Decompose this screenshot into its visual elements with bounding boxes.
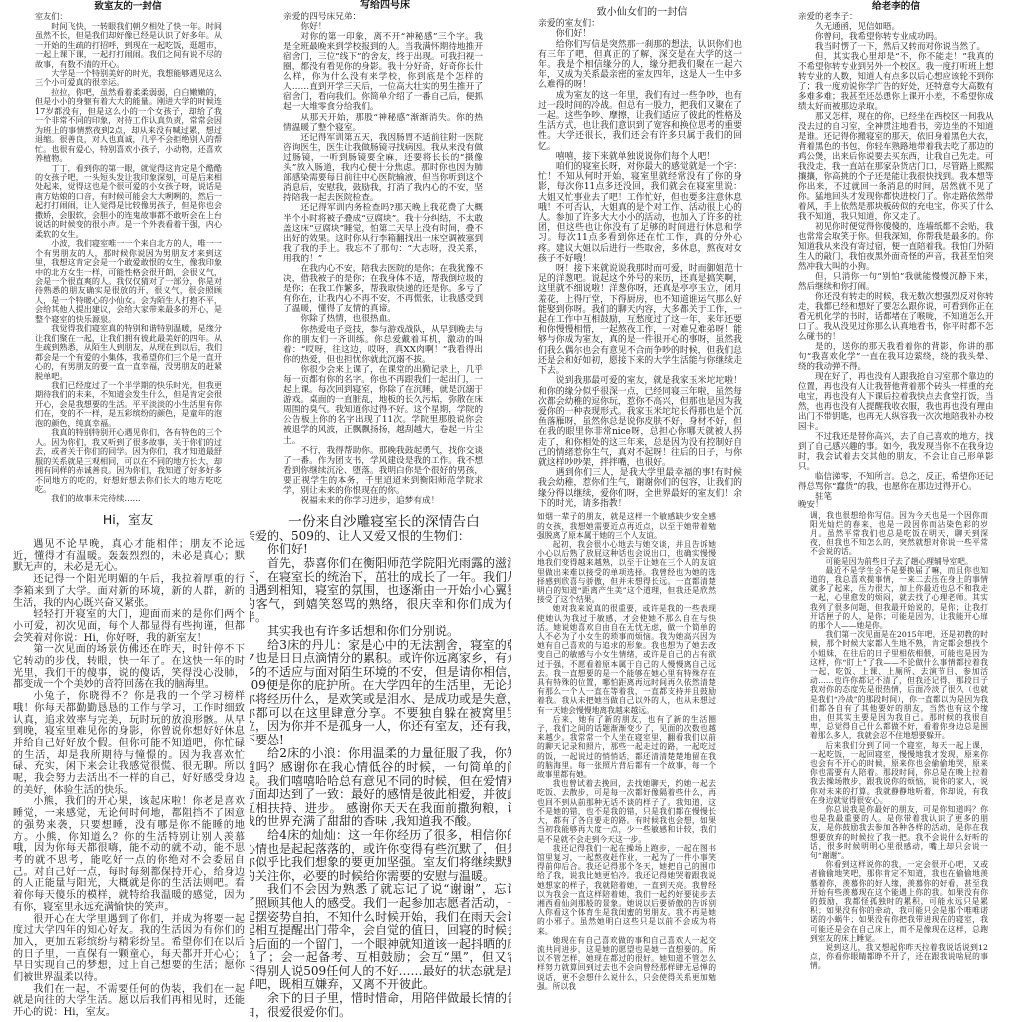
paragraph: 给4床的灿灿：这一年你经历了很多，相信你的心情也是起起落落的，或许你变得有些沉默… [250, 829, 511, 883]
paragraph: 我们已经度过了一个半学期的快乐时光，但我更期待我们的未来，不知道会发生什么，但是… [35, 381, 222, 428]
paragraph: 我当时愣了一下，然后又转而对你说当然了。 [798, 42, 994, 52]
paragraph: 我真的特别特别开心遇见你们，各有特色的三个人。因为你们，我又听到了很多故事，关于… [35, 428, 222, 494]
paragraph: 后来我们分到了同一个寝室，每天一起上课，一起吃饭，一起回寝室，慢慢地我才发现，原… [810, 741, 988, 805]
paragraph: 你曾问，我希望你转专业成功吗。 [798, 32, 994, 42]
letter-dorm-leader-confession: 一份来自沙雕寝室长的深情告白 亲爱的、509的、让人又爱又恨的生物们： 你们好!… [250, 510, 511, 1022]
salutation: 亲爱的老李子： [798, 12, 994, 22]
paragraph: 你除了热情，也很热血。 [283, 314, 483, 324]
paragraph: 起初，我会很小心地去与她交谈，并且告诉她小心以后熟了放屁这种话也会说出口，也确实… [537, 540, 716, 604]
paragraph: 你好！ [283, 22, 483, 32]
paragraph: 还记得军训内务检查吗?那天晚上我花费了大概半个小时将被子叠成“豆腐块”。我十分纠… [283, 203, 483, 264]
paragraph: 不行，我得帮助你。那晚我鼓起勇气，找你交谈了一番。作为团支书，学风建设是我的工作… [283, 446, 483, 496]
paragraph: 嘻嘻，接下来就单独说说你们每个人吧！ [538, 152, 742, 162]
paragraph: 临信涕零，不知所言。总之，反正，希望你还记得总骂你“蠢货”的我，也愿你在那边过得… [798, 472, 994, 492]
paragraph: 初见你时便觉得你傻傻的，连墙纸都不会贴，我也常常会取笑于你。但我深知，你帮我是最… [798, 222, 994, 272]
paragraph: 首先，恭喜你们在衡阳师范学院阳光雨露的滋润下，在寝室长的统治下，茁壮的成长了一年… [250, 557, 511, 625]
paragraph: 我们在一起，不需要任何的伪装，我们在一起就是向往的大学生活。愿以后我们再相见时，… [13, 984, 245, 1019]
paragraph: 拉拉，你吧，虽然看着柔柔弱弱，白白嫩嫩的，但是小小的身躯有着大大的能量。刚进大学… [35, 88, 222, 164]
paragraph: 说到这儿，我又想起你昨天拉着我说话说到12点，你看你眼睛都睁不开了，还在跟我说啥… [810, 943, 988, 971]
letter-title: 致室友的一封信 [94, 1, 161, 13]
paragraph: 对你的第一印象，离不开“神秘感”三个字。我是全班最晚来到学校报到的人。当我满怀期… [283, 32, 483, 113]
paragraph: 不过我还是替你高兴，去了自己喜欢的地方，找到了自己感兴趣的事。如今，我发现当你不… [798, 432, 994, 472]
letter-to-bed-four: 写给四号床 亲爱的四号床兄弟： 你好！ 对你的第一印象，离不开“神秘感”三个字。… [250, 0, 511, 510]
paragraph: 小熊，我们的开心果，该起床啦！你老是喜欢睡觉，一来感觉，无论何时何地，都阻挡不了… [13, 796, 245, 913]
paragraph: 给你们写信是突然那一刹那的想法，认识你们也有三年了吧，但真正的了解，深交是在大学… [538, 40, 742, 91]
paragraph: 是的，送你的那天我看着你的背影，你讲的那句“我喜欢化学”一直在我耳边萦绕，绕的我… [798, 342, 994, 372]
letter-body: 亲爱的、509的、让人又爱又恨的生物们： 你们好! 首先，恭喜你们在衡阳师范学院… [250, 530, 511, 1019]
paragraph: 你总说我是你最好的朋友，可是你知道吗？你也是我最重要的人。是你带着我认识了更多的… [810, 805, 988, 860]
paragraph: 我觉得我们寝室真的特别和谐特别温暖，是缘分让我们聚在一起，让我们拥有彼此最美好的… [35, 324, 222, 381]
salutation: 亲爱的室友们： [538, 19, 742, 29]
letter-title: Hi，室友 [103, 512, 153, 527]
letter-title: 致小仙女们的一封信 [597, 7, 688, 19]
letter-body: 调，我也很想给你写信。因为今天也是一个因你而阳光灿烂的春来，也是一段因你而沾染色… [810, 511, 988, 971]
letter-body: 亲爱的老李子： 久无通函，见信如晤。 你曾问，我希望你转专业成功吗。 我当时愣了… [798, 12, 994, 502]
paragraph: 成为室友的这一年里，我们有过一些争吵，也有过一段时间的冷战。但总有一股力，把我们… [538, 91, 742, 152]
paragraph: 久无通函，见信如晤。 [798, 22, 994, 32]
paragraph: 可能是因为前些日子去了趟心理辅导室吧。 [810, 557, 988, 566]
letter-title: 一份来自沙雕寝室长的深情告白 [288, 514, 480, 530]
paragraph: 遇见不论早晚，真心才能相伴；朋友不论远近，懂得才有温暖。轰轰烈烈的，未必是真心；… [13, 539, 245, 574]
paragraph: 还记得一个阳光明媚的午后，我拉着厚重的行李箱来到了大学。面对新的环境，新的人群，… [13, 574, 245, 609]
paragraph: 你很少会来上课了，在课堂的出勤记录上，几乎每一页都有你的名字。你也不再跟我们一起… [283, 365, 483, 446]
paragraph: 我也曾试着去挽回，去找她聊天，约她一起去吃饭、去散步，可是每一次都好像隔着些什么… [537, 779, 716, 843]
paragraph: 她对我来说真的很重要，或许是我的一些表现使她认为我过于敏感，才会使她不那么自在与… [537, 604, 716, 714]
paragraph: 但，其实我心里却是“不，你不能走！”我真的不希望你转专业到另外一个校区。我一度打… [798, 52, 994, 112]
letter-to-lao-li: 给老李的信 亲爱的老李子： 久无通函，见信如晤。 你曾问，我希望你转专业成功吗。… [770, 0, 1024, 502]
paragraph: 大学是一个特别美好的时光，我想能够遇见这么三个小可爱真的很幸运。 [35, 69, 222, 88]
paragraph: 调，我也很想给你写信。因为今天也是一个因你而阳光灿烂的春来，也是一段因你而沾染色… [810, 511, 988, 557]
paragraph: 给2床的小浪：你用温柔的力量征服了我，你知道吗？感谢你在我心情低谷的时候，一句简… [250, 747, 511, 829]
paragraph: 那又怎样，现在的你，已经坐在西校区一间我从没去过的自习室，全神贯注地看书，旁边坐… [798, 112, 994, 222]
letter-hi-roommate: Hi，室友 遇见不论早晚，真心才能相伴；朋友不论远近，懂得才有温暖。轰轰烈烈的，… [0, 508, 250, 1022]
paragraph: 在我内心不安，陪我去医院的是你；在我犹豫不决，借我被子的是你；在我身体不适，帮我… [283, 264, 483, 314]
letter-body: 遇见不论早晚，真心才能相伴；朋友不论远近，懂得才有温暖。轰轰烈烈的，未必是真心；… [13, 539, 245, 1019]
paragraph: 从那天开始，那股“神秘感”渐渐消失。你的热情温暖了整个寝室。 [283, 113, 483, 133]
paragraph: 说到我那最可爱的室友，就是我家玉米坨坨啦！和你的缘分似乎很深一点，已经同寝三年啦… [538, 376, 742, 468]
letter-fragment-friendship: 如烟一辈子的朋友，就是这样一个敏感缺少安全感的女孩，我想她需要近点再近点，以至于… [511, 512, 770, 1022]
letter-body: 室友们： 时间飞快，一转眼我们朝夕相处了快一年。时间虽然不长，但是我们却好像已经… [35, 12, 222, 504]
letter-body: 如烟一辈子的朋友，就是这样一个敏感缺少安全感的女孩，我想她需要近点再近点，以至于… [537, 512, 716, 991]
paragraph: 遇到你们三人，是我大学里最幸福的事!有时候我会幼稚，惹你们生气，谢谢你们的包容，… [538, 468, 742, 509]
letter-to-fairies: 致小仙女们的一封信 亲爱的室友们： 你们好！ 给你们写信是突然那一刹那的想法，认… [511, 0, 770, 512]
paragraph: 你热爱电子竞技，参与游戏战队，从早到晚去与你的朋友们一齐训练。你总爱戴着耳机，激… [283, 325, 483, 365]
paragraph: 呀！接下来就说说我那时而可爱，时而御姐范十足的洋葱吧。说起这个外号的来历，还真是… [538, 264, 742, 376]
paragraph: 如烟一辈子的朋友，就是这样一个敏感缺少安全感的女孩，我想她需要近点再近点，以至于… [537, 512, 716, 540]
letter-fragment-goodnight: 晚安！ 调，我也很想给你写信。因为今天也是一个因你而阳光灿烂的春来，也是一段因你… [770, 500, 1024, 1022]
paragraph: 后来，她有了新的朋友，也有了新的生活圈子，我们之间的话题渐渐变少了，见面的次数也… [537, 715, 716, 779]
paragraph: 但，只消你一句“别怕”我就能慢慢沉静下来，然后继续和你打闹。 [798, 272, 994, 292]
paragraph: 丁丁，看到你的第一眼，就觉得这肯定是个酷酷的女孩子吧，一头短头发让我印象深刻，可… [35, 164, 222, 240]
paragraph: 咱们的寝室长呀，对你最大的感觉就是一个字：忙！不知从何时开始，寝室里就经常没有了… [538, 162, 742, 264]
paragraph: 你还没有转走的时候，我无数次想强烈反对你转走，我都已经和想好了要怎么跟你说，可看… [798, 292, 994, 342]
letter-body: 亲爱的四号床兄弟： 你好！ 对你的第一印象，离不开“神秘感”三个字。我是全班最晚… [283, 12, 483, 507]
paragraph: 你们好！ [538, 29, 742, 39]
opening-line: 晚安！ [798, 500, 824, 510]
paragraph: 还记得军训第五天，我因肠胃不适前往附一医院咨询医生，医生让我做肠镜寻找病因。我从… [283, 133, 483, 204]
letter-body: 亲爱的室友们： 你们好！ 给你们写信是突然那一刹那的想法，认识你们也有三年了吧，… [538, 19, 742, 509]
paragraph: 我们第一次见面是在2015年吧，还是初教的时候，那个时候大家都人生地不熟，肯定都… [810, 630, 988, 740]
paragraph: 余下的日子里，惜时惜命，用陪伴做最长情的告白，很爱很爱你们。 [250, 992, 511, 1019]
paragraph: 我们的故事未完待续…… [35, 494, 222, 503]
paragraph: 给3床的丹儿：家是心中的无法割舍，寝室的朝夕也是日日点滴情分的累积。或许你远离家… [250, 639, 511, 748]
paragraph: 第一次见面的场景仿佛还在昨天，时针停不下它转动的步伐，转眼，快一年了。在这快一年… [13, 644, 245, 691]
paragraph: 最近不是学生会不是要换届了嘛，而且你也知道的，我总喜欢揽事情，一来二去压在身上的… [810, 566, 988, 630]
paragraph: 轻轻打开寝室的大门，迎面而来的是你们两个小可爱，初次见面，每个人都显得有些拘谨，… [13, 609, 245, 644]
paragraph: 时间飞快，一转眼我们朝夕相处了快一年。时间虽然不长，但是我们却好像已经是认识了好… [35, 22, 222, 69]
letter-title: 写给四号床 [360, 0, 410, 12]
paragraph: 我还记得我们一起在操场上跑步，一起在图书馆里复习，一起熬夜赶作业，一起为了一件小… [537, 844, 716, 936]
paragraph: 现在好了，再也没有人跟我抢自习室那个靠边的位置，再也没有人让我替他背着那个砖头一… [798, 372, 994, 432]
paragraph: 小波，我们寝室唯一一个来自北方的人，唯一一个有男朋友的人，那时候你说因为男朋友才… [35, 239, 222, 324]
paragraph: 其实我也有许多话想和你们分别说。 [250, 625, 511, 639]
paragraph: 你看到这样说你的我，一定会很开心吧，又或者偷偷地笑吧，那你肯定不知道，我也在偷偷… [810, 860, 988, 943]
salutation: 亲爱的四号床兄弟： [283, 12, 483, 22]
paragraph: 很开心在大学里遇到了你们，并成为将要一起度过大学四年的知心好友。我的生活因为有你… [13, 914, 245, 984]
paragraph: 小兔子，你晓得不？你是我的一个学习榜样哦！你每天都勤勤恳恳的工作与学习，工作时细… [13, 691, 245, 796]
paragraph: 她现在有自己喜欢做的事和自己喜欢人一起交流共同进步，这是她的愿望也是她一直想要的… [537, 936, 716, 991]
paragraph: 我们不会因为熟悉了就忘记了说“谢谢”，忘记了照顾其他人的感受。我们一起参加志愿者… [250, 883, 511, 992]
paragraph: 祝福未来的你学习进步，追梦有成！ [283, 496, 483, 506]
letter-to-roommates: 致室友的一封信 室友们： 时间飞快，一转眼我们朝夕相处了快一年。时间虽然不长，但… [0, 0, 250, 508]
